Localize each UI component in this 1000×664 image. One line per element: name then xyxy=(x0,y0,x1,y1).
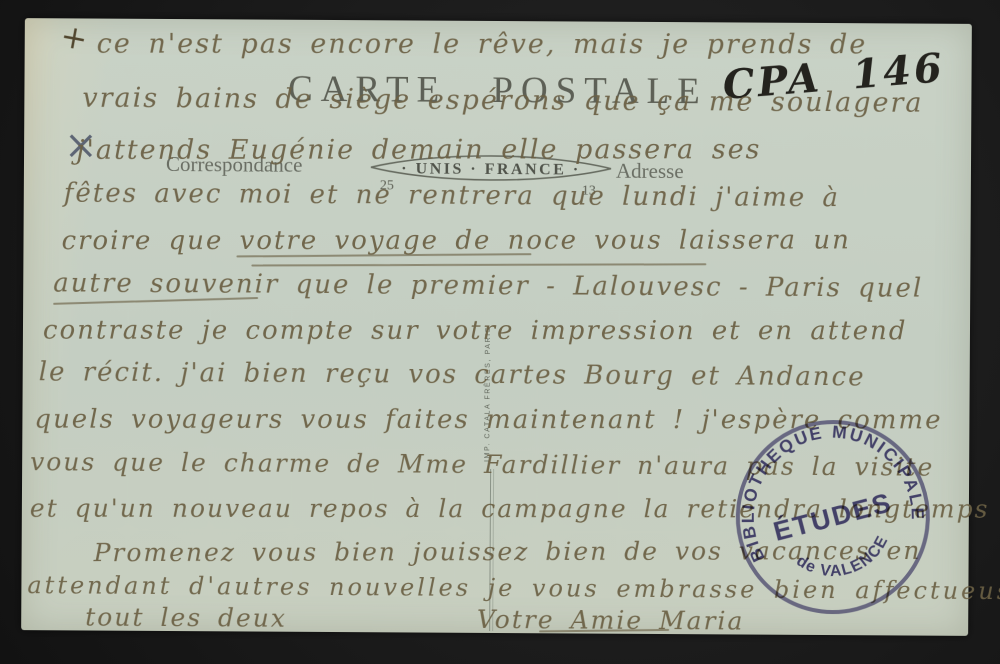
handwriting-line: ce n'est pas encore le rêve, mais je pre… xyxy=(97,29,868,61)
handwriting-line: contraste je compte sur votre impression… xyxy=(43,315,908,346)
library-stamp: BIBLIOTHEQUE MUNICIPALE de VALENCE ÉTUDE… xyxy=(722,406,943,627)
handwriting-line: j'attends Eugénie demain elle passera se… xyxy=(76,134,761,166)
handwriting-line: vrais bains de siège espérons que ça me … xyxy=(82,82,923,118)
closing-words: tout les deux xyxy=(85,602,287,632)
svg-text:BIBLIOTHEQUE MUNICIPALE: BIBLIOTHEQUE MUNICIPALE xyxy=(722,406,932,567)
stamp-top-arc-text: BIBLIOTHEQUE MUNICIPALE xyxy=(722,406,932,567)
postcard-back: CARTE POSTALE Correspondance Adresse 25 … xyxy=(21,18,972,636)
handwriting-line: fêtes avec moi et ne rentrera que lundi … xyxy=(64,178,840,213)
handwriting-line: croire que votre voyage de noce vous lai… xyxy=(62,225,851,256)
scanned-postcard-photo: { "card": { "printed": { "title": "CARTE… xyxy=(0,0,1000,664)
printer-credit-vertical: IMP. CATALA FRÈRES, PARIS xyxy=(484,330,495,462)
handwriting-line: le récit. j'ai bien reçu vos cartes Bour… xyxy=(39,357,866,392)
margin-plus-mark: + xyxy=(58,16,91,58)
underline-voyage-stroke xyxy=(251,263,706,266)
closing-gap xyxy=(287,627,477,628)
